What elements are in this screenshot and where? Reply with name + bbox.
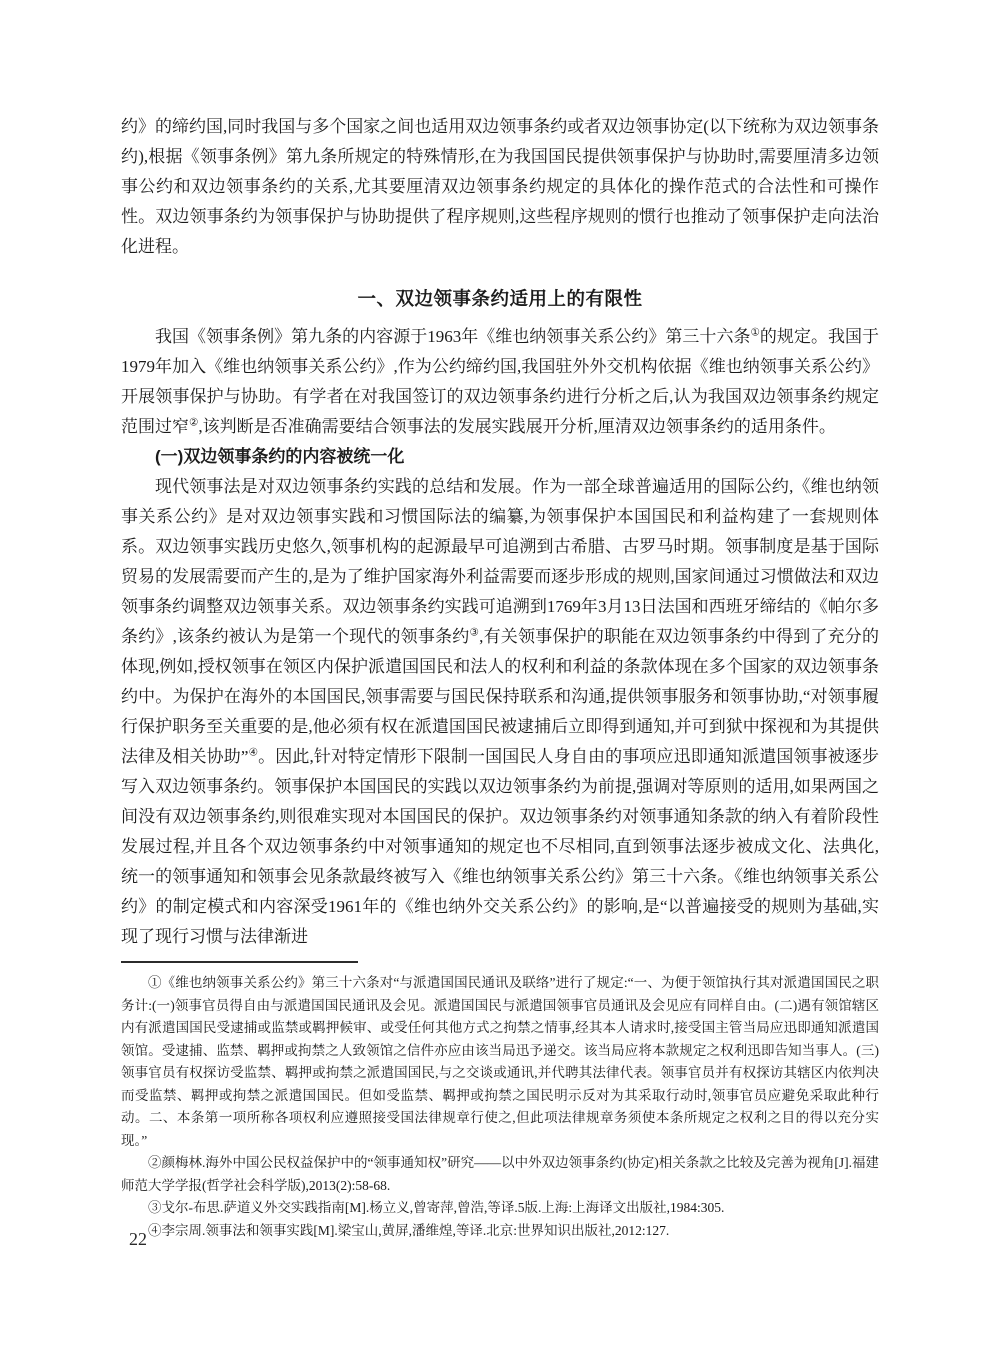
journal-page: 约》的缔约国,同时我国与多个国家之间也适用双边领事条约或者双边领事协定(以下统称… (0, 0, 1000, 1347)
subsection-heading: (一)双边领事条约的内容被统一化 (121, 442, 879, 472)
footnote-3: ③戈尔-布思.萨道义外交实践指南[M].杨立义,曾寄萍,曾浩,等译.5版.上海:… (121, 1197, 879, 1220)
footnote-reference: ④ (248, 747, 258, 758)
paragraph-subsection-body: 现代领事法是对双边领事条约实践的总结和发展。作为一部全球普遍适用的国际公约,《维… (121, 472, 879, 952)
footnote-divider (121, 961, 358, 963)
footnote-reference: ② (189, 417, 198, 428)
section-heading: 一、双边领事条约适用上的有限性 (121, 284, 879, 314)
paragraph-section-intro: 我国《领事条例》第九条的内容源于1963年《维也纳领事关系公约》第三十六条①的规… (121, 322, 879, 442)
body-text-block: 约》的缔约国,同时我国与多个国家之间也适用双边领事条约或者双边领事协定(以下统称… (121, 112, 879, 952)
footnote-reference: ① (750, 327, 759, 338)
footnotes-section: ①《维也纳领事关系公约》第三十六条对“与派遣国国民通讯及联络”进行了规定:“一、… (121, 961, 879, 1242)
footnote-2: ②颜梅林.海外中国公民权益保护中的“领事通知权”研究——以中外双边领事条约(协定… (121, 1152, 879, 1197)
footnote-4: ④李宗周.领事法和领事实践[M].梁宝山,黄屏,潘维煌,等译.北京:世界知识出版… (121, 1220, 879, 1243)
footnote-1: ①《维也纳领事关系公约》第三十六条对“与派遣国国民通讯及联络”进行了规定:“一、… (121, 972, 879, 1152)
footnote-reference: ③ (470, 627, 480, 638)
paragraph-continuation: 约》的缔约国,同时我国与多个国家之间也适用双边领事条约或者双边领事协定(以下统称… (121, 112, 879, 262)
page-number: 22 (129, 1227, 147, 1251)
